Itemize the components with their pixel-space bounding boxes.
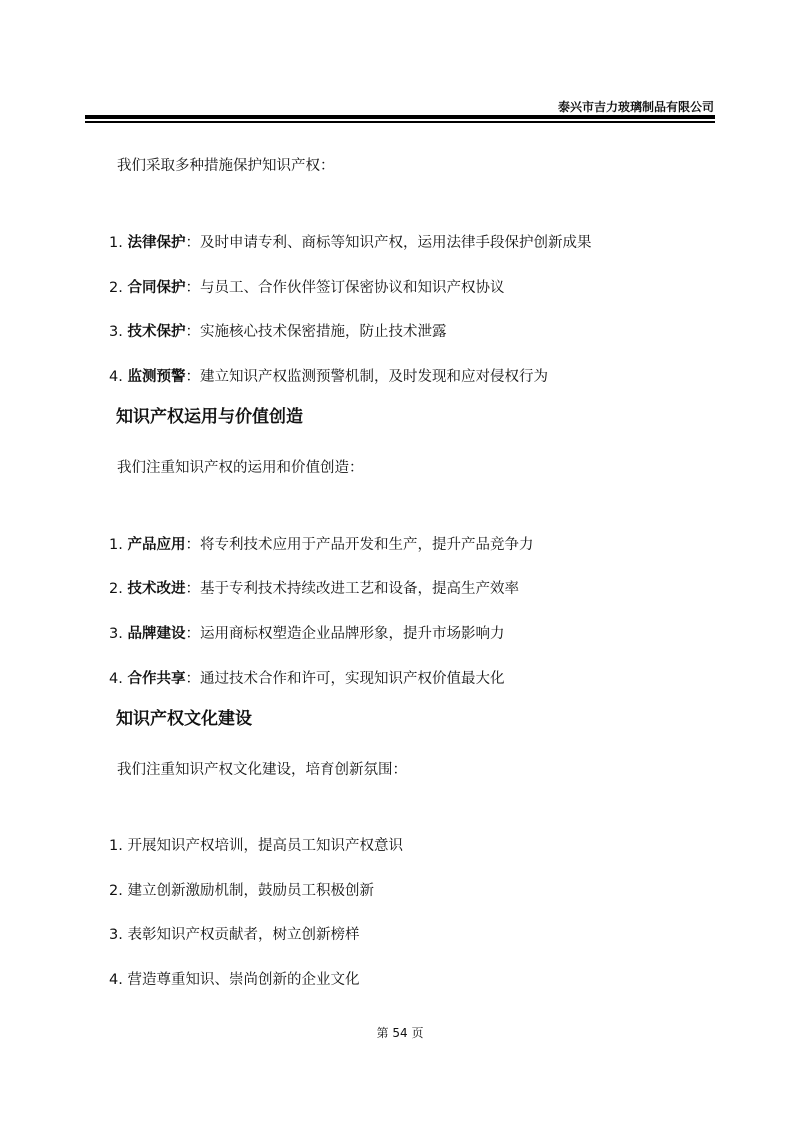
item-term: 法律保护 — [127, 235, 185, 251]
item-desc: 运用商标权塑造企业品牌形象，提升市场影响力 — [200, 626, 505, 642]
item-number: 2. — [109, 581, 123, 597]
item-separator: ： — [185, 324, 200, 340]
item-number: 4. — [109, 671, 123, 687]
item-separator: ： — [185, 537, 200, 553]
item-term: 监测预警 — [127, 369, 185, 385]
header-rule-thick — [85, 115, 715, 119]
list-item: 3. 品牌建设：运用商标权塑造企业品牌形象，提升市场影响力 — [109, 626, 504, 643]
item-text: 建立创新激励机制，鼓励员工积极创新 — [127, 883, 374, 899]
item-separator: ： — [185, 581, 200, 597]
item-desc: 通过技术合作和许可，实现知识产权价值最大化 — [200, 671, 505, 687]
list-item: 2. 技术改进：基于专利技术持续改进工艺和设备，提高生产效率 — [109, 581, 519, 598]
item-desc: 实施核心技术保密措施，防止技术泄露 — [200, 324, 447, 340]
item-number: 3. — [109, 324, 123, 340]
item-separator: ： — [185, 671, 200, 687]
item-desc: 基于专利技术持续改进工艺和设备，提高生产效率 — [200, 581, 519, 597]
item-number: 4. — [109, 972, 123, 988]
section-heading: 知识产权文化建设 — [116, 704, 252, 729]
item-number: 3. — [109, 927, 123, 943]
item-text: 表彰知识产权贡献者，树立创新榜样 — [127, 927, 359, 943]
section-intro: 我们采取多种措施保护知识产权： — [117, 158, 335, 175]
list-item: 3. 技术保护：实施核心技术保密措施，防止技术泄露 — [109, 324, 446, 341]
list-item: 3. 表彰知识产权贡献者，树立创新榜样 — [109, 927, 359, 944]
item-desc: 与员工、合作伙伴签订保密协议和知识产权协议 — [200, 280, 505, 296]
item-number: 2. — [109, 280, 123, 296]
item-number: 3. — [109, 626, 123, 642]
list-item: 4. 合作共享：通过技术合作和许可，实现知识产权价值最大化 — [109, 671, 504, 688]
list-item: 1. 开展知识产权培训，提高员工知识产权意识 — [109, 838, 403, 855]
list-item: 4. 监测预警：建立知识产权监测预警机制，及时发现和应对侵权行为 — [109, 369, 548, 386]
header-rule-thin — [85, 121, 715, 123]
item-number: 1. — [109, 838, 123, 854]
list-item: 4. 营造尊重知识、崇尚创新的企业文化 — [109, 972, 359, 989]
item-separator: ： — [185, 626, 200, 642]
item-term: 品牌建设 — [127, 626, 185, 642]
item-term: 合作共享 — [127, 671, 185, 687]
company-name: 泰兴市吉力玻璃制品有限公司 — [558, 98, 714, 115]
list-item: 2. 建立创新激励机制，鼓励员工积极创新 — [109, 883, 374, 900]
item-text: 开展知识产权培训，提高员工知识产权意识 — [127, 838, 403, 854]
item-number: 1. — [109, 537, 123, 553]
item-separator: ： — [185, 280, 200, 296]
section-intro: 我们注重知识产权文化建设，培育创新氛围： — [117, 762, 407, 779]
item-separator: ： — [185, 369, 200, 385]
list-item: 1. 法律保护：及时申请专利、商标等知识产权，运用法律手段保护创新成果 — [109, 235, 591, 252]
item-number: 4. — [109, 369, 123, 385]
item-desc: 建立知识产权监测预警机制，及时发现和应对侵权行为 — [200, 369, 548, 385]
item-text: 营造尊重知识、崇尚创新的企业文化 — [127, 972, 359, 988]
item-term: 产品应用 — [127, 537, 185, 553]
item-separator: ： — [185, 235, 200, 251]
section-intro: 我们注重知识产权的运用和价值创造： — [117, 460, 364, 477]
list-item: 1. 产品应用：将专利技术应用于产品开发和生产，提升产品竞争力 — [109, 537, 533, 554]
item-desc: 及时申请专利、商标等知识产权，运用法律手段保护创新成果 — [200, 235, 592, 251]
item-desc: 将专利技术应用于产品开发和生产，提升产品竞争力 — [200, 537, 534, 553]
section-heading: 知识产权运用与价值创造 — [116, 402, 303, 427]
list-item: 2. 合同保护：与员工、合作伙伴签订保密协议和知识产权协议 — [109, 280, 504, 297]
item-number: 2. — [109, 883, 123, 899]
item-term: 合同保护 — [127, 280, 185, 296]
item-term: 技术改进 — [127, 581, 185, 597]
item-number: 1. — [109, 235, 123, 251]
page-number: 第 54 页 — [0, 1024, 800, 1041]
item-term: 技术保护 — [127, 324, 185, 340]
